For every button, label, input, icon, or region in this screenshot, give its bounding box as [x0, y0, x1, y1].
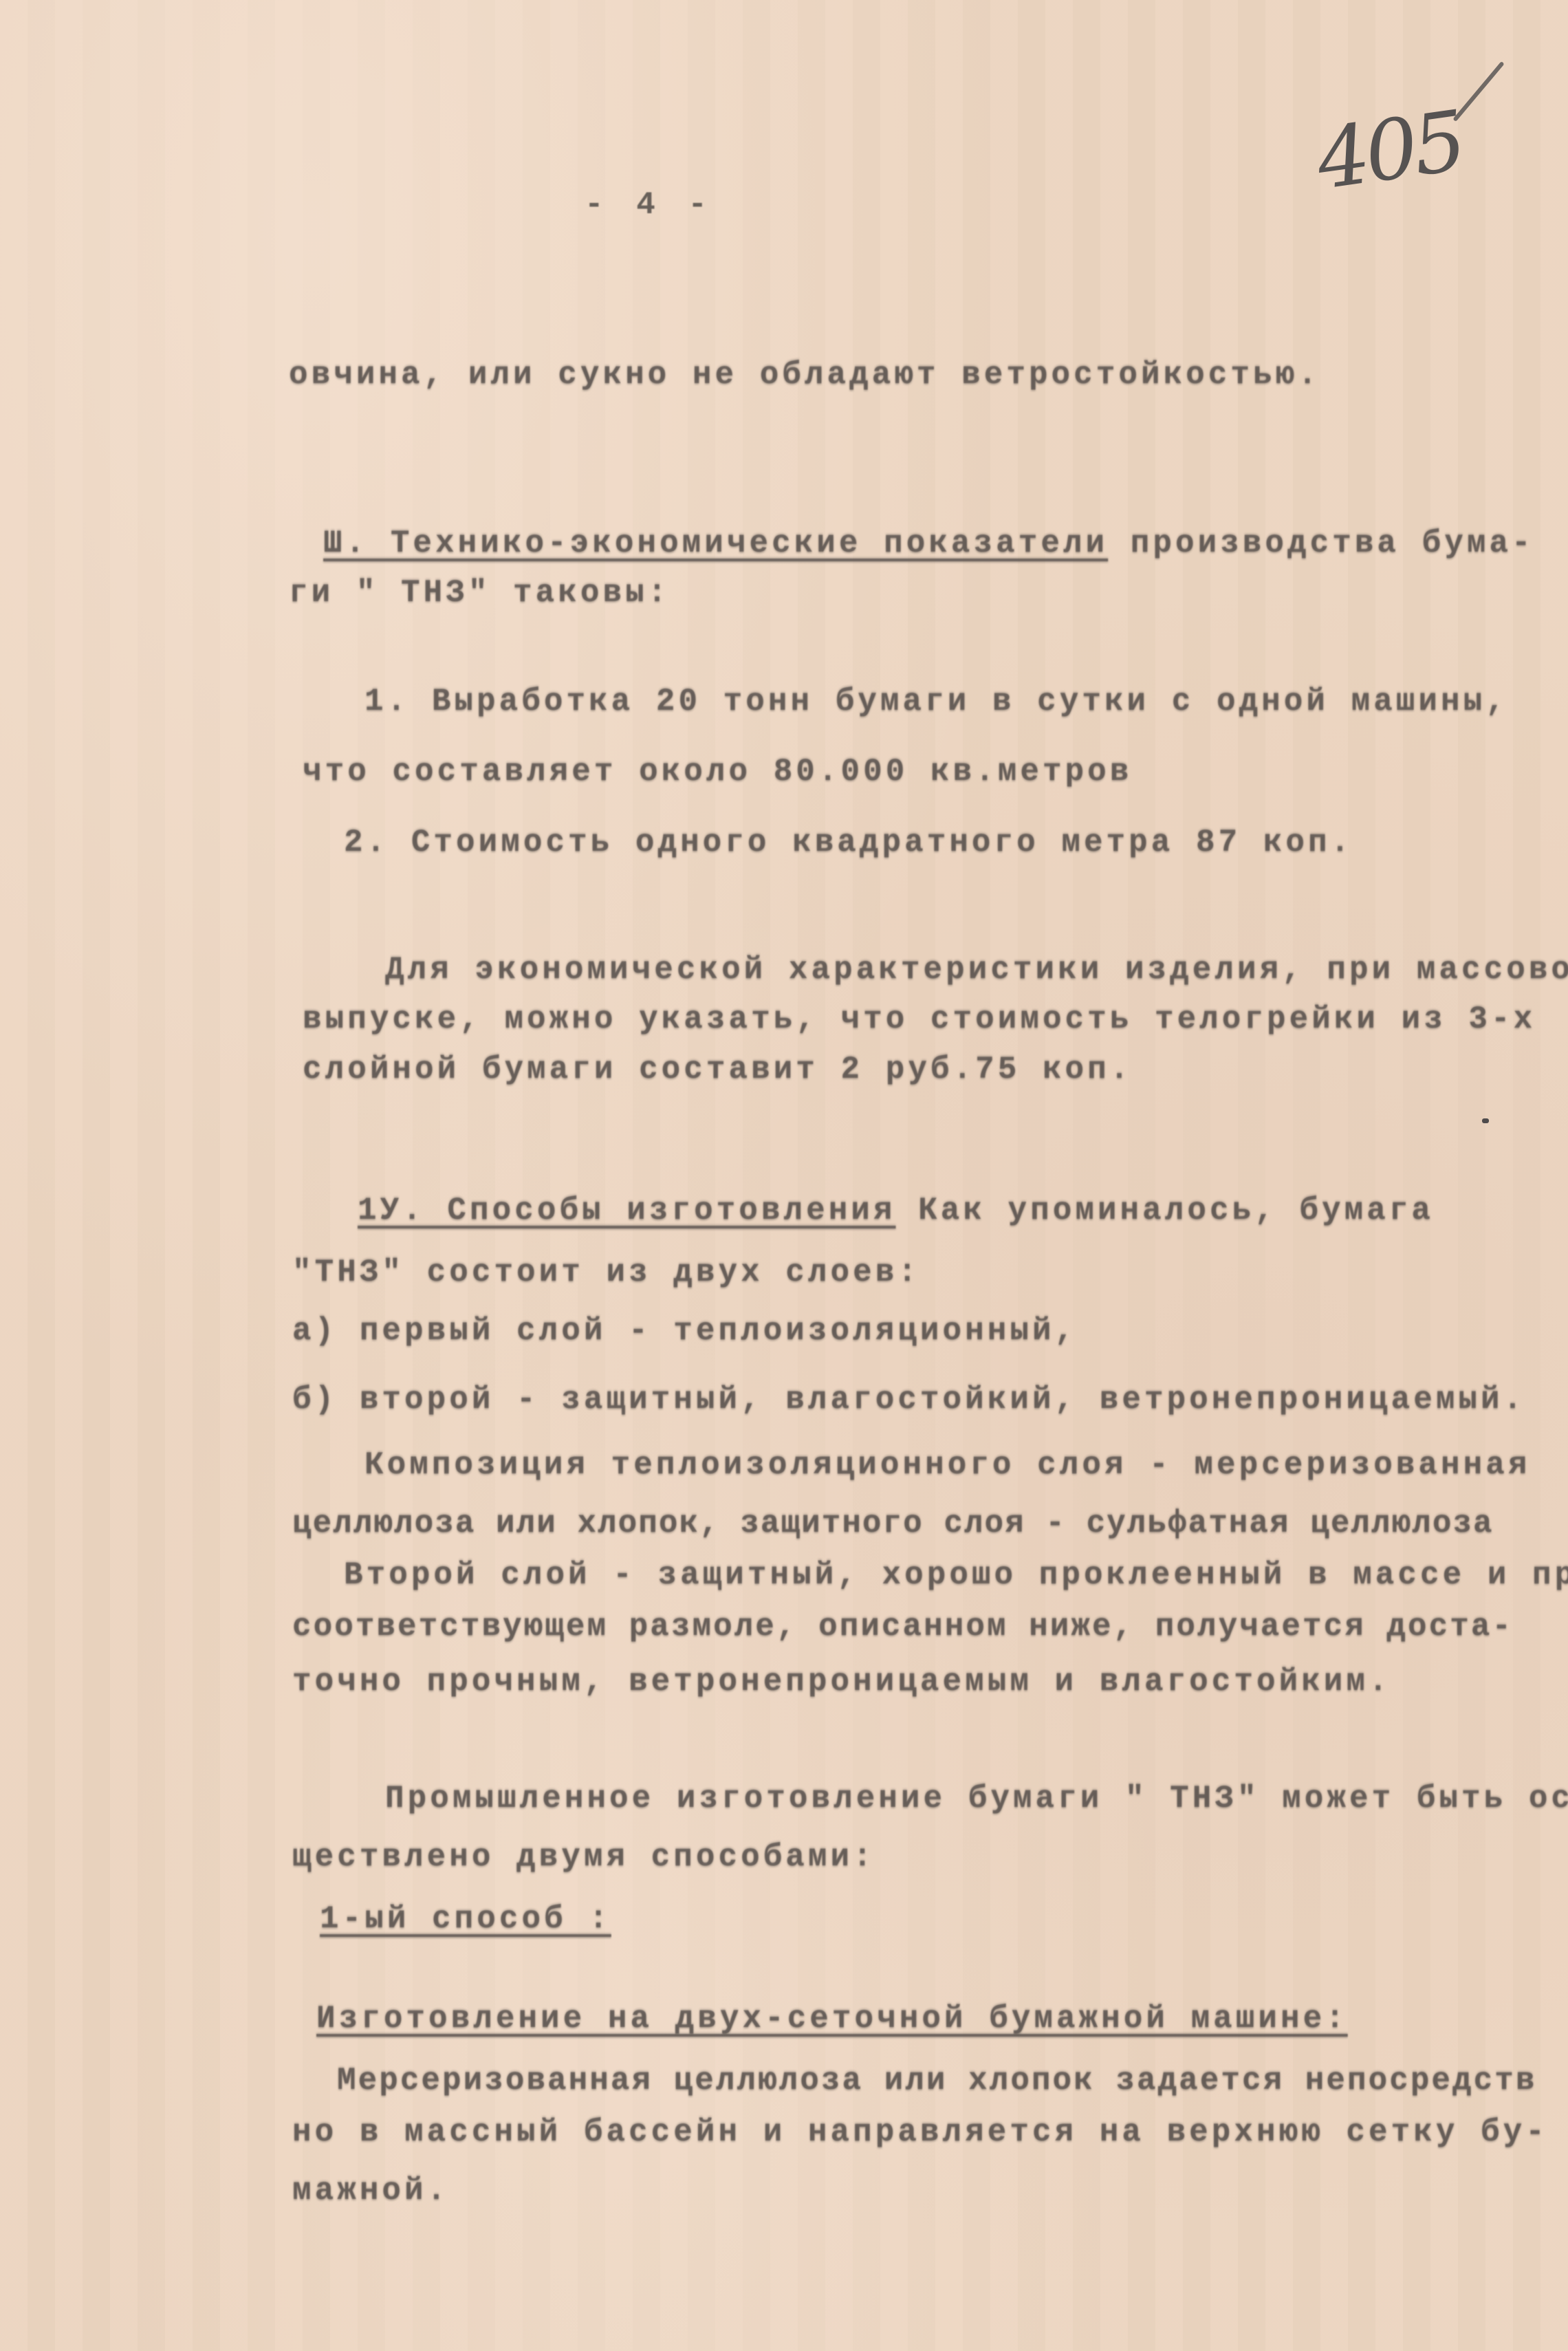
section-heading-4: 1У. Способы изготовления Как упоминалось…	[358, 1190, 1434, 1231]
paragraph-line: Для экономической характеристики изделия…	[385, 949, 1568, 990]
paragraph-line: слойной бумаги составит 2 руб.75 коп.	[303, 1049, 1132, 1090]
paragraph-line: Промышленное изготовление бумаги " ТНЗ" …	[385, 1778, 1568, 1819]
paragraph-line: соответствующем размоле, описанном ниже,…	[292, 1606, 1513, 1647]
ink-speck	[1482, 1118, 1489, 1123]
paragraph-line: ществлено двумя способами:	[292, 1837, 875, 1878]
paragraph-line: Второй слой - защитный, хорошо проклеенн…	[344, 1554, 1568, 1596]
list-item: 1. Выработка 20 тонн бумаги в сутки с од…	[364, 681, 1508, 722]
paragraph-line: мажной.	[292, 2170, 449, 2211]
text-line: "ТНЗ" состоит из двух слоев:	[292, 1252, 920, 1293]
list-item: а) первый слой - теплоизоляционный,	[292, 1310, 1077, 1352]
heading-underlined: 1У. Способы изготовления	[358, 1193, 896, 1228]
paragraph-line: точно прочным, ветронепроницаемым и влаг…	[292, 1661, 1391, 1702]
page-number: - 4 -	[585, 187, 714, 223]
paragraph-line: Композиция теплоизоляционного слоя - мер…	[364, 1444, 1530, 1486]
list-item: 2. Стоимость одного квадратного метра 87…	[344, 822, 1353, 863]
heading-underlined: Ш. Технико-экономические показатели	[323, 526, 1108, 561]
heading-underlined: 1-ый способ :	[320, 1901, 611, 1937]
paragraph-line: Мерсеризованная целлюлоза или хлопок зад…	[337, 2060, 1536, 2101]
pencil-stroke	[1452, 61, 1504, 122]
handwritten-folio-number: 405	[1311, 94, 1468, 208]
paragraph-line: но в массный бассейн и направляется на в…	[292, 2112, 1548, 2153]
heading-rest: производства бума-	[1108, 526, 1534, 561]
paragraph-line: выпуске, можно указать, что стоимость те…	[303, 999, 1536, 1040]
text-line: овчина, или сукно не обладают ветростойк…	[289, 354, 1320, 396]
list-item: б) второй - защитный, влагостойкий, ветр…	[292, 1379, 1525, 1420]
subheading-method-1: 1-ый способ :	[320, 1898, 611, 1940]
section-heading-3: Ш. Технико-экономические показатели прои…	[323, 523, 1534, 564]
text-line: ги " ТНЗ" таковы:	[289, 572, 670, 614]
heading-underlined: Изготовление на двух-сеточной бумажной м…	[316, 2001, 1348, 2037]
heading-rest: Как упоминалось, бумага	[896, 1193, 1435, 1228]
subheading-two-wire-machine: Изготовление на двух-сеточной бумажной м…	[316, 1998, 1348, 2039]
text-line: что составляет около 80.000 кв.метров	[303, 751, 1132, 792]
paragraph-line: целлюлоза или хлопок, защитного слоя - с…	[292, 1503, 1494, 1544]
